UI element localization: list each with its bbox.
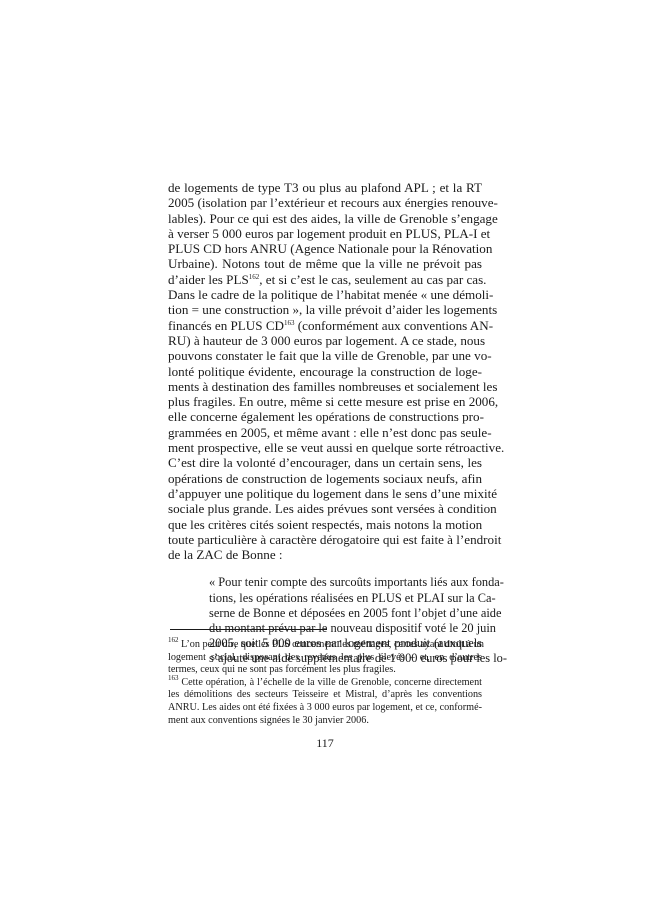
text-line: RU) à hauteur de 3 000 euros par logemen… <box>168 333 482 348</box>
footnote-ref-163[interactable]: 163 <box>284 319 295 327</box>
footnote-line: 162 L’on peut dire que les PLS concernen… <box>168 639 482 652</box>
text-line: ment prospective, elle se veut aussi en … <box>168 440 482 455</box>
text-line: elle concerne également les opérations d… <box>168 409 482 424</box>
footnote-line: logement social, disposant des revenus l… <box>168 652 482 665</box>
footnote-line: termes, ceux qui ne sont pas forcément l… <box>168 664 482 677</box>
footnote-separator <box>170 629 327 630</box>
footnote-number: 163 <box>168 674 179 682</box>
text-line: d’aider les PLS162, et si c’est le cas, … <box>168 272 482 287</box>
quote-line: « Pour tenir compte des surcoûts importa… <box>209 575 482 590</box>
body-paragraph: de logements de type T3 ou plus au plafo… <box>168 180 482 562</box>
quote-line: serne de Bonne et déposées en 2005 font … <box>209 606 482 621</box>
text-line: Urbaine). Notons tout de même que la vil… <box>168 256 482 271</box>
footnote-162: 162 L’on peut dire que les PLS concernen… <box>168 639 482 677</box>
page-number: 117 <box>168 736 482 751</box>
text-line: plus fragiles. En outre, même si cette m… <box>168 394 482 409</box>
text-fragment: (conformément aux conventions AN- <box>295 318 494 333</box>
text-line: lables). Pour ce qui est des aides, la v… <box>168 211 482 226</box>
document-page: de logements de type T3 ou plus au plafo… <box>168 180 482 667</box>
text-fragment: , et si c’est le cas, seulement au cas p… <box>259 272 486 287</box>
text-line: ments à destination des familles nombreu… <box>168 379 482 394</box>
text-line: d’appuyer une politique du logement dans… <box>168 486 482 501</box>
text-line: C’est dire la volonté d’encourager, dans… <box>168 455 482 470</box>
footnote-line: ANRU. Les aides ont été fixées à 3 000 e… <box>168 702 482 715</box>
text-line: toute particulière à caractère dérogatoi… <box>168 532 482 547</box>
text-line: pouvons constater le fait que la ville d… <box>168 348 482 363</box>
text-line: de logements de type T3 ou plus au plafo… <box>168 180 482 195</box>
text-line: lonté politique évidente, encourage la c… <box>168 364 482 379</box>
text-line: à verser 5 000 euros par logement produi… <box>168 226 482 241</box>
footnote-line: 163 Cette opération, à l’échelle de la v… <box>168 677 482 690</box>
text-line: PLUS CD hors ANRU (Agence Nationale pour… <box>168 241 482 256</box>
footnote-line: les démolitions des secteurs Teisseire e… <box>168 689 482 702</box>
text-fragment: Cette opération, à l’échelle de la ville… <box>179 677 483 688</box>
text-line: 2005 (isolation par l’extérieur et recou… <box>168 195 482 210</box>
text-fragment: L’on peut dire que les PLS concernent le… <box>179 639 484 650</box>
footnote-163: 163 Cette opération, à l’échelle de la v… <box>168 677 482 727</box>
text-line: Dans le cadre de la politique de l’habit… <box>168 287 482 302</box>
footnotes: 162 L’on peut dire que les PLS concernen… <box>168 639 482 727</box>
footnote-ref-162[interactable]: 162 <box>249 273 260 281</box>
footnote-number: 162 <box>168 636 179 644</box>
text-line: que les critères cités soient respectés,… <box>168 517 482 532</box>
text-line: de la ZAC de Bonne : <box>168 547 482 562</box>
text-line: sociale plus grande. Les aides prévues s… <box>168 501 482 516</box>
quote-line: tions, les opérations réalisées en PLUS … <box>209 591 482 606</box>
text-line: financés en PLUS CD163 (conformément aux… <box>168 318 482 333</box>
text-line: grammées en 2005, et même avant : elle n… <box>168 425 482 440</box>
text-fragment: d’aider les PLS <box>168 272 249 287</box>
text-line: opérations de construction de logements … <box>168 471 482 486</box>
footnote-line: ment aux conventions signées le 30 janvi… <box>168 715 482 728</box>
text-fragment: financés en PLUS CD <box>168 318 284 333</box>
text-line: tion = une construction », la ville prév… <box>168 302 482 317</box>
